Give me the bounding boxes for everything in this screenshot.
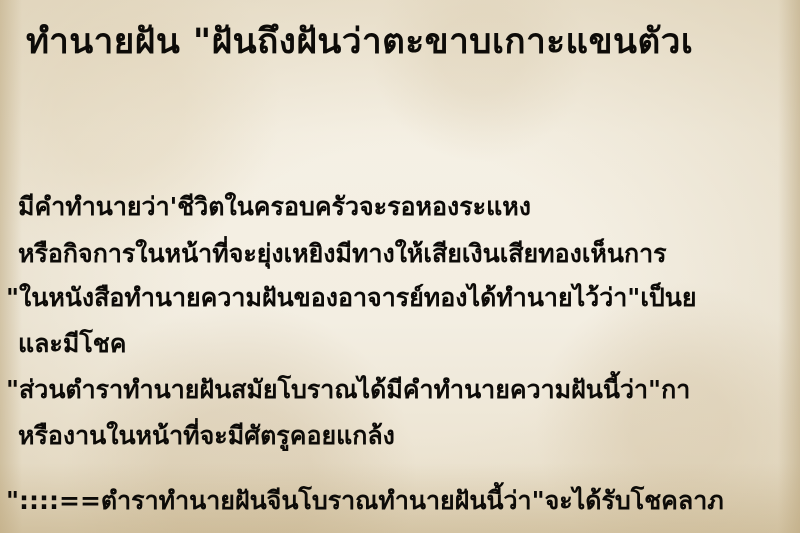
parchment-edge-right: [778, 0, 800, 533]
text-line: และมีโชค: [18, 327, 126, 361]
text-line: "ในหนังสือทำนายความฝันของอาจารย์ทองได้ทำ…: [6, 281, 696, 315]
text-line: "::::==ตำราทำนายฝันจีนโบราณทำนายฝันนี้ว่…: [6, 484, 724, 518]
text-line: หรืองานในหน้าที่จะมีศัตรูคอยแกล้ง: [18, 419, 395, 453]
text-line: "ส่วนตำราทำนายฝันสมัยโบราณได้มีคำทำนายคว…: [6, 373, 690, 407]
page-title: ทำนายฝัน "ฝันถึงฝันว่าตะขาบเกาะแขนตัวเ: [26, 18, 693, 66]
text-line: หรือกิจการในหน้าที่จะยุ่งเหยิงมีทางให้เส…: [18, 237, 667, 271]
text-line: มีคำทำนายว่า'ชีวิตในครอบครัวจะรอหองระแหง: [18, 190, 531, 224]
